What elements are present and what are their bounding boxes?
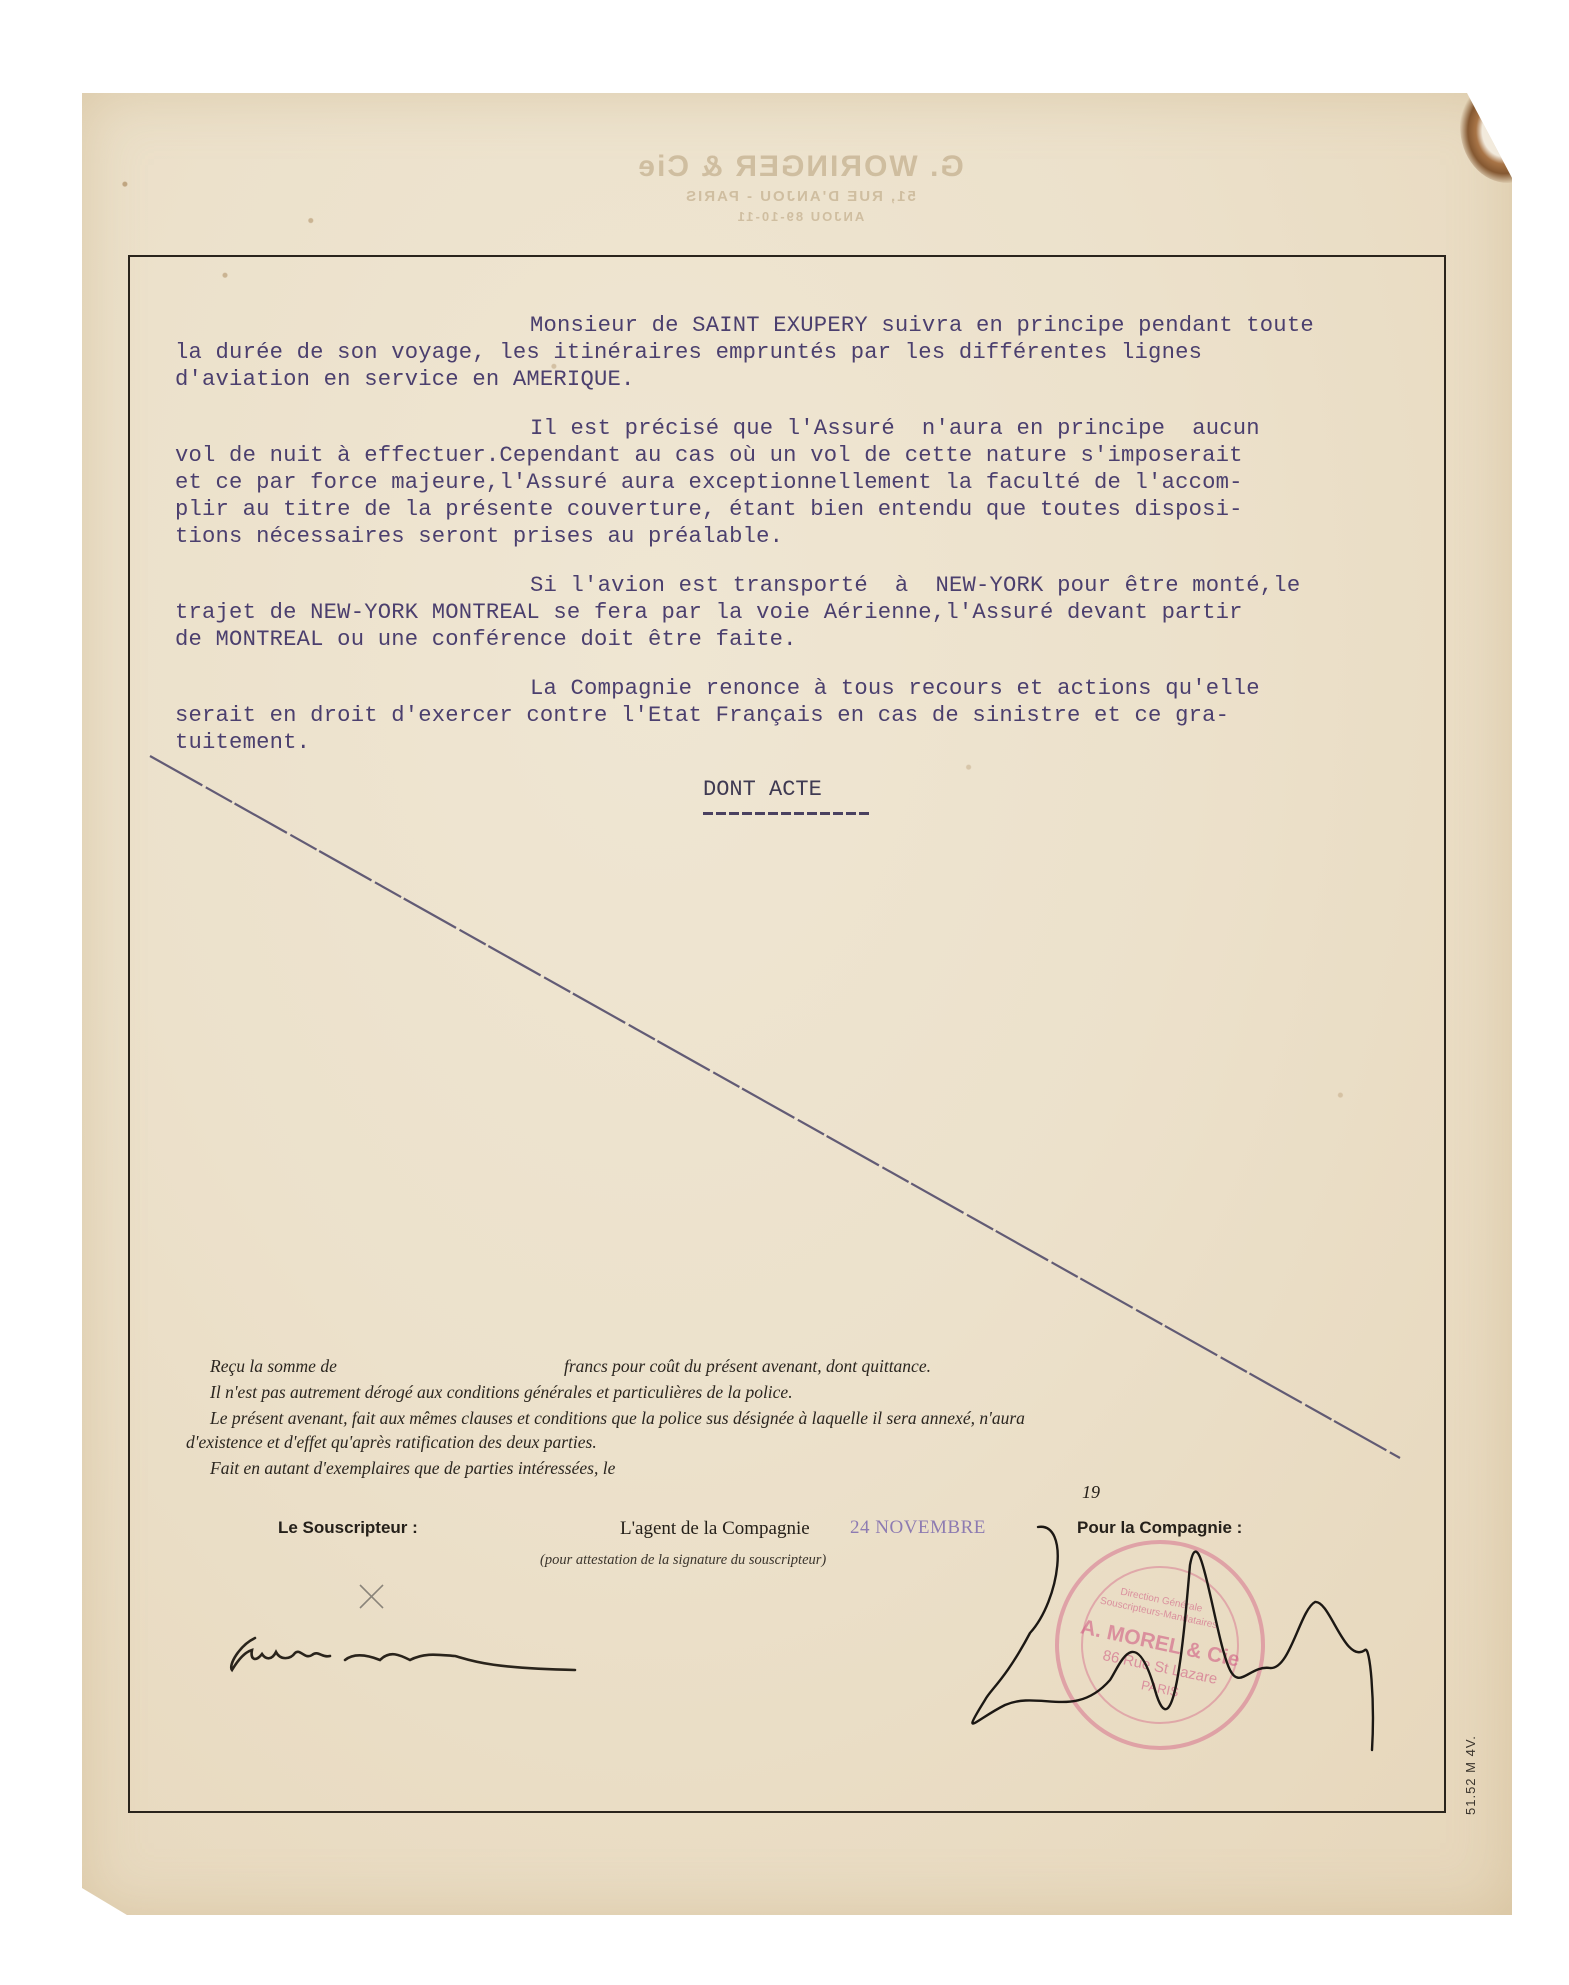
- received-sum-line: Reçu la somme defrancs pour coût du prés…: [210, 1354, 1025, 1380]
- burn-damage-corner: [1460, 88, 1540, 183]
- paragraph-night-flight: Il est précisé que l'Assuré n'aura en pr…: [175, 415, 1440, 550]
- letterhead-address: 51, RUE D'ANJOU - PARIS: [590, 188, 1010, 205]
- done-in-line: Fait en autant d'exemplaires que de part…: [210, 1456, 1025, 1482]
- no-derogation-line: Il n'est pas autrement dérogé aux condit…: [210, 1380, 1025, 1406]
- clause-line-2: d'existence et d'effet qu'après ratifica…: [186, 1430, 1025, 1456]
- subscriber-label: Le Souscripteur :: [278, 1518, 418, 1538]
- agent-label: L'agent de la Compagnie: [620, 1518, 810, 1540]
- mirrored-letterhead-bleedthrough: G. WORINGER & Cie 51, RUE D'ANJOU - PARI…: [590, 150, 1010, 224]
- clause-line-1: Le présent avenant, fait aux mêmes claus…: [210, 1406, 1025, 1430]
- company-rubber-stamp: Direction GénéraleSouscripteurs-Mandatai…: [1055, 1540, 1265, 1750]
- agent-sublabel: (pour attestation de la signature du sou…: [540, 1552, 826, 1569]
- typed-body: Monsieur de SAINT EXUPERY suivra en prin…: [175, 312, 1440, 778]
- printed-footer: Reçu la somme defrancs pour coût du prés…: [210, 1354, 1025, 1482]
- year-prefix: 19: [1082, 1482, 1100, 1503]
- date-stamp: 24 NOVEMBRE: [850, 1517, 986, 1539]
- company-label: Pour la Compagnie :: [1077, 1518, 1242, 1538]
- letterhead-company: G. WORINGER & Cie: [590, 150, 1010, 184]
- paragraph-new-york-montreal: Si l'avion est transporté à NEW-YORK pou…: [175, 572, 1440, 653]
- letterhead-phone: ANJOU 89-10-11: [590, 209, 1010, 224]
- paragraph-itinerary: Monsieur de SAINT EXUPERY suivra en prin…: [175, 312, 1440, 393]
- side-reference-note: 51.52 M 4V.: [1463, 1735, 1478, 1815]
- dont-acte-closing: DONT ACTE: [703, 777, 822, 802]
- dont-acte-underline: [703, 812, 871, 815]
- paragraph-waiver: La Compagnie renonce à tous recours et a…: [175, 675, 1440, 756]
